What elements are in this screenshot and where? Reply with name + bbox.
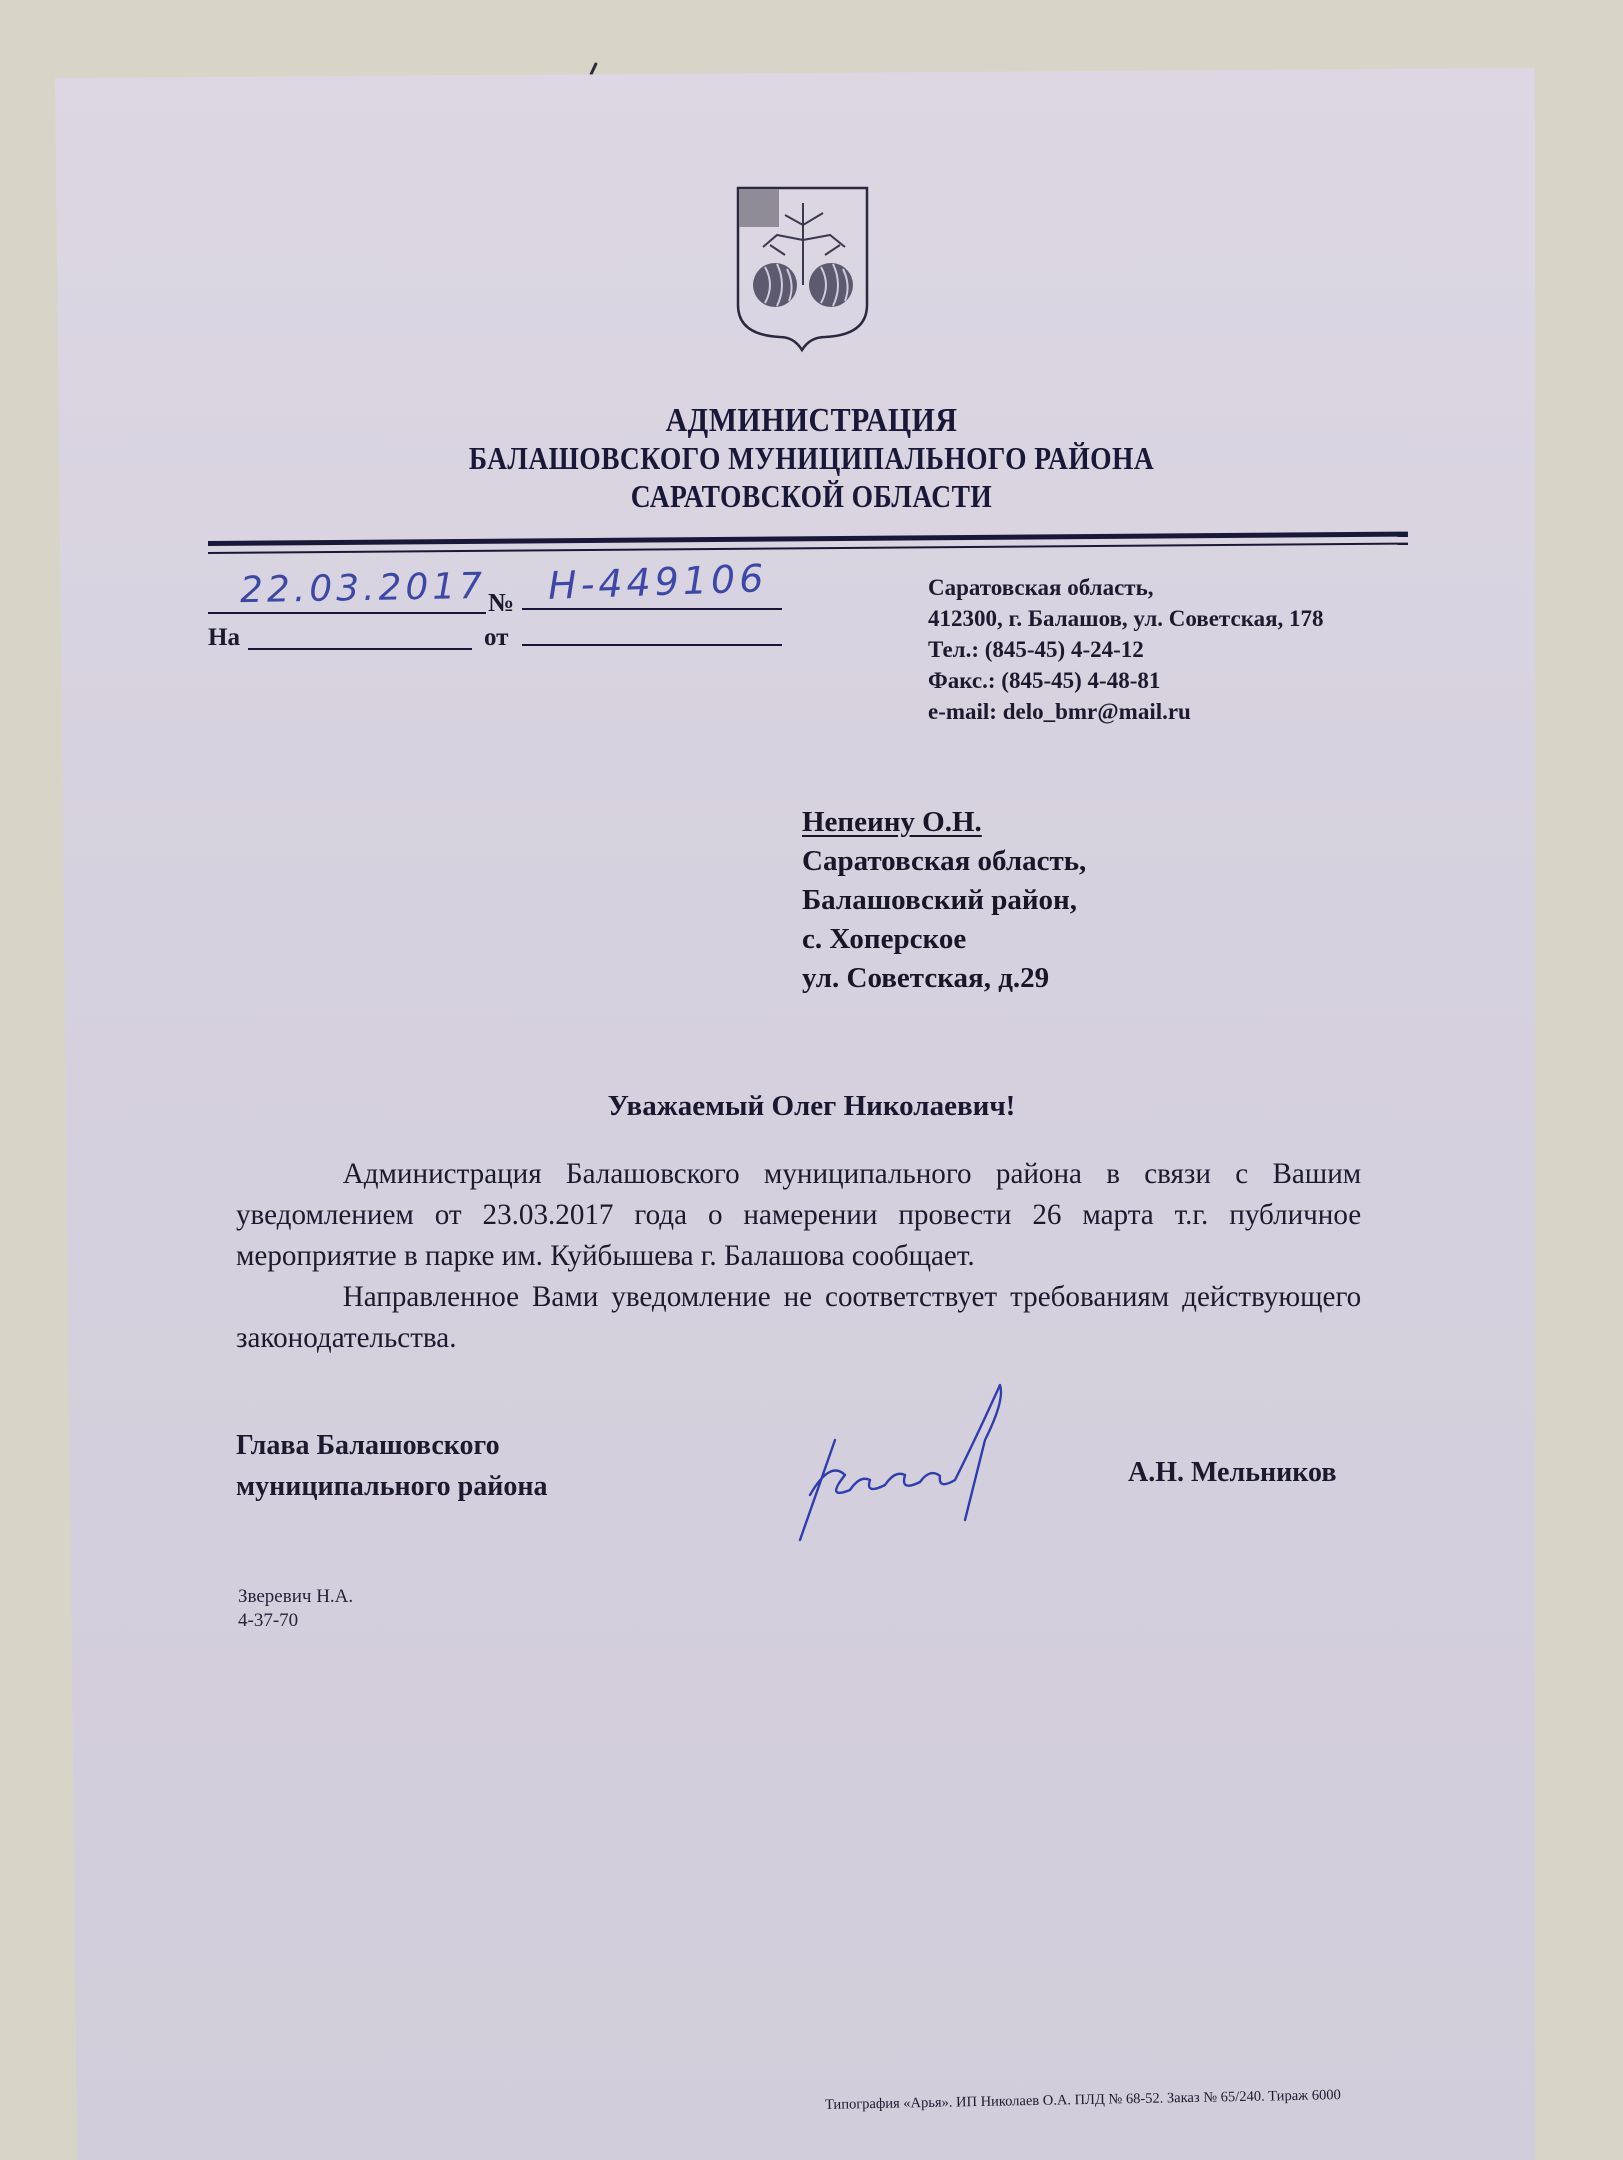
coat-of-arms-icon (735, 185, 870, 355)
executor-name: Зверевич Н.А. (238, 1585, 353, 1609)
letter-paragraph-1: Администрация Балашовского муниципальног… (236, 1153, 1361, 1276)
signatory-name: А.Н. Мельников (1128, 1457, 1336, 1489)
contact-region: Саратовская область, (928, 572, 1324, 603)
handwritten-signature-icon (790, 1380, 1020, 1550)
paragraph-text: Направленное Вами уведомление не соответ… (236, 1280, 1361, 1354)
from-underline (522, 644, 782, 646)
org-title-line2: БАЛАШОВСКОГО МУНИЦИПАЛЬНОГО РАЙОНА (114, 440, 1510, 477)
ref-underline (248, 648, 472, 650)
contact-address: 412300, г. Балашов, ул. Советская, 178 (928, 603, 1324, 634)
handwritten-date: 22.03.2017 (240, 566, 487, 611)
executor-phone: 4-37-70 (238, 1609, 353, 1633)
sender-contact-block: Саратовская область, 412300, г. Балашов,… (928, 572, 1324, 727)
recipient-name: Непеину О.Н. (802, 803, 1086, 842)
letter-paragraph-2: Направленное Вами уведомление не соответ… (236, 1276, 1361, 1358)
position-line: муниципального района (236, 1466, 548, 1507)
number-label: № (488, 588, 514, 618)
recipient-address-line: ул. Советская, д.29 (802, 959, 1086, 998)
date-underline (208, 612, 486, 614)
ref-label: На (208, 624, 240, 652)
background-speck (589, 62, 598, 76)
org-title-line1: АДМИНИСТРАЦИЯ (97, 402, 1525, 440)
contact-fax: Факс.: (845-45) 4-48-81 (928, 665, 1324, 696)
handwritten-number: Н-449106 (547, 556, 768, 608)
from-label: от (484, 624, 508, 652)
executor-info: Зверевич Н.А. 4-37-70 (238, 1585, 353, 1633)
position-line: Глава Балашовского (236, 1425, 548, 1466)
recipient-address-line: Саратовская область, (802, 842, 1086, 881)
contact-email: e-mail: delo_bmr@mail.ru (928, 696, 1324, 727)
recipient-address-line: Балашовский район, (802, 881, 1086, 920)
paragraph-text: Администрация Балашовского муниципальног… (236, 1157, 1361, 1272)
recipient-address-line: с. Хоперское (802, 920, 1086, 959)
number-underline (522, 608, 782, 610)
recipient-block: Непеину О.Н. Саратовская область, Балашо… (802, 803, 1086, 998)
contact-phone: Тел.: (845-45) 4-24-12 (928, 634, 1324, 665)
signatory-position: Глава Балашовского муниципального района (236, 1425, 548, 1507)
letter-greeting: Уважаемый Олег Николаевич! (0, 1090, 1623, 1123)
org-title-line3: САРАТОВСКОЙ ОБЛАСТИ (114, 478, 1510, 515)
